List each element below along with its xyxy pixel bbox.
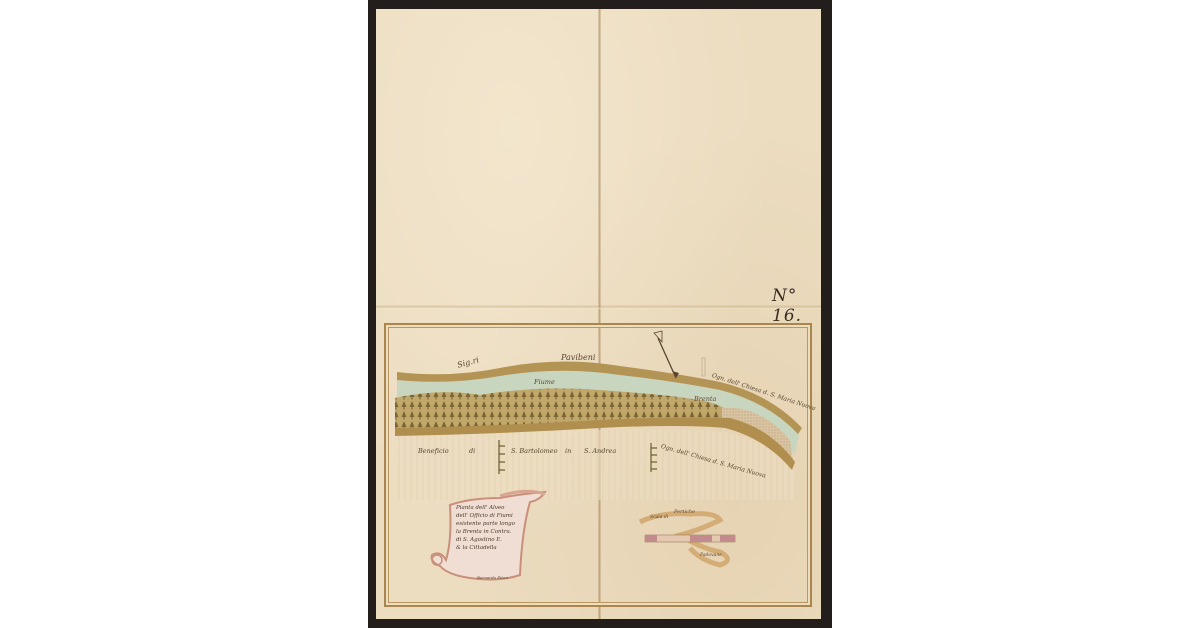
cartouche-line: la Brenta in Contra.: [456, 528, 526, 536]
scale-label-left: Scala di: [650, 515, 668, 520]
label-north-bank-family: Pavibeni: [561, 353, 595, 362]
scale-label-bottom: Padovane: [700, 553, 722, 558]
map-drawing: [0, 0, 1200, 628]
north-arrow-icon: [654, 331, 679, 378]
scale-label-top: Pertiche: [674, 509, 695, 515]
label-south-bank-place: S. Andrea: [584, 447, 616, 455]
label-south-bank-left: Beneficio: [418, 447, 449, 455]
label-river-right: Brenta: [694, 395, 716, 403]
cartouche-line: di S. Agostino E.: [456, 536, 526, 544]
label-river-left: Fiume: [534, 378, 555, 386]
boundary-post: [702, 358, 705, 376]
label-south-bank-of: di: [469, 447, 475, 455]
label-south-bank-parish: S. Bartolomeo: [511, 447, 558, 455]
cartouche-title: Pianta dell' Alveo dell' Officio di Fium…: [456, 504, 526, 552]
label-south-bank-in: in: [565, 447, 571, 455]
cartouche-line: dell' Officio di Fiumi: [456, 512, 526, 520]
cartouche-line: & la Cittadella: [456, 544, 526, 552]
cartouche-line: Pianta dell' Alveo: [456, 504, 526, 512]
cartouche-signature: Bernardo Piton: [477, 575, 508, 580]
cartouche-line: esistente parte longo: [456, 520, 526, 528]
